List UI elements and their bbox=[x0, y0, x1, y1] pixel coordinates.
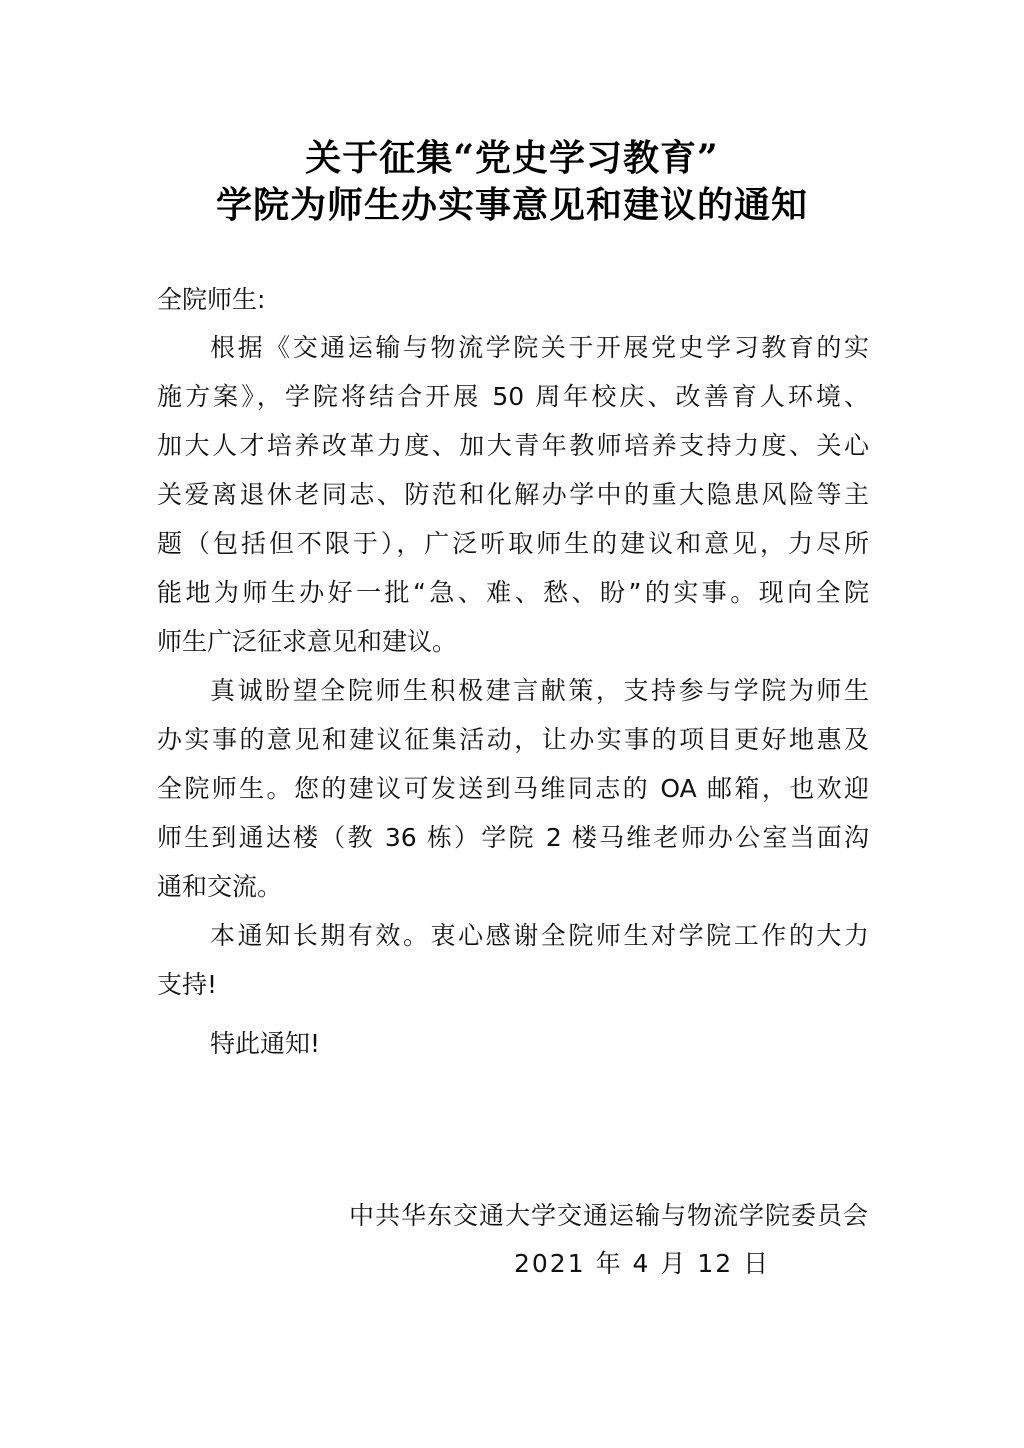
paragraph-line: 师生广泛征求意见和建议。 bbox=[157, 622, 869, 662]
paragraph-line: 根据《交通运输与物流学院关于开展党史学习教育的实 bbox=[210, 328, 869, 368]
paragraph-line: 支持! bbox=[157, 965, 869, 1005]
paragraph-line: 师生到通达楼（教 36 栋）学院 2 楼马维老师办公室当面沟 bbox=[157, 818, 869, 858]
paragraph-line: 题（包括但不限于），广泛听取师生的建议和意见，力尽所 bbox=[157, 524, 869, 564]
paragraph-line: 加大人才培养改革力度、加大青年教师培养支持力度、关心 bbox=[157, 426, 869, 466]
paragraph-line: 通和交流。 bbox=[157, 867, 869, 907]
closing-text: 特此通知! bbox=[210, 1024, 869, 1064]
paragraph-line: 本通知长期有效。衷心感谢全院师生对学院工作的大力 bbox=[210, 916, 869, 956]
document-title-line-1: 关于征集“党史学习教育” bbox=[0, 130, 1024, 181]
signature: 中共华东交通大学交通运输与物流学院委员会 bbox=[349, 1196, 869, 1236]
salutation: 全院师生: bbox=[157, 280, 265, 320]
document-date: 2021 年 4 月 12 日 bbox=[514, 1244, 770, 1284]
document-title-line-2: 学院为师生办实事意见和建议的通知 bbox=[0, 177, 1024, 228]
paragraph-line: 真诚盼望全院师生积极建言献策，支持参与学院为师生 bbox=[210, 671, 869, 711]
paragraph-line: 能地为师生办好一批“急、难、愁、盼”的实事。现向全院 bbox=[157, 573, 869, 613]
paragraph-line: 办实事的意见和建议征集活动，让办实事的项目更好地惠及 bbox=[157, 720, 869, 760]
paragraph-line: 施方案》，学院将结合开展 50 周年校庆、改善育人环境、 bbox=[157, 377, 869, 417]
paragraph-line: 关爱离退休老同志、防范和化解办学中的重大隐患风险等主 bbox=[157, 475, 869, 515]
paragraph-line: 全院师生。您的建议可发送到马维同志的 OA 邮箱，也欢迎 bbox=[157, 769, 869, 809]
document-page: 关于征集“党史学习教育” 学院为师生办实事意见和建议的通知 全院师生: 根据《交… bbox=[0, 0, 1024, 1448]
